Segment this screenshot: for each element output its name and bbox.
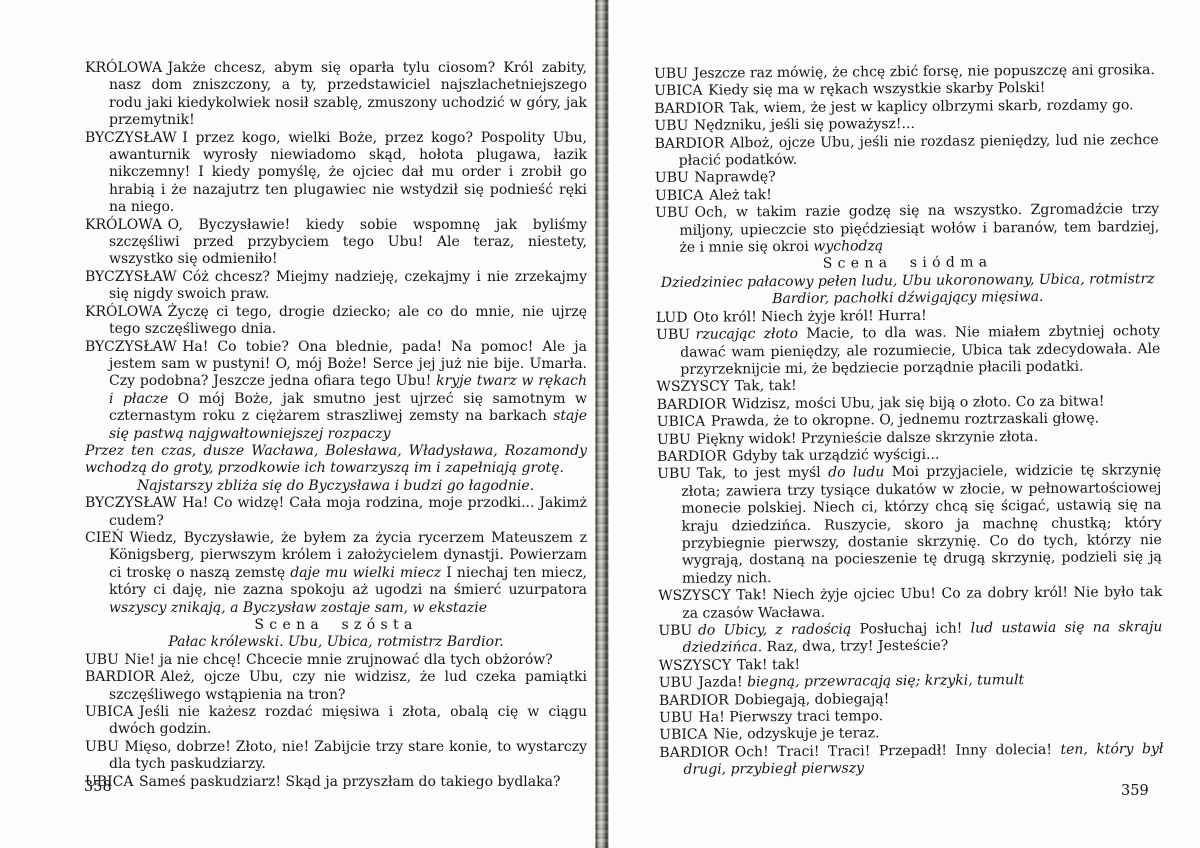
- dialogue-line: UBUMięso, dobrze! Złoto, nie! Zabijcie t…: [85, 739, 587, 774]
- dialogue-text: Ależ tak!: [709, 187, 772, 203]
- speaker-name: UBU: [657, 466, 691, 482]
- dialogue-text: Piękny widok! Przynieście dalsze skrzyni…: [696, 429, 1038, 448]
- speaker-name: LUD: [656, 309, 688, 325]
- speaker-name: BARDIOR: [655, 135, 725, 152]
- stage-direction-inline: wychodzą: [813, 238, 883, 255]
- speaker-name: BARDIOR: [659, 744, 729, 761]
- speaker-name: BYCZYSŁAW: [85, 269, 177, 285]
- dialogue-line: BYCZYSŁAWCóż chcesz? Miejmy nadzieję, cz…: [85, 269, 587, 304]
- page-number-right: 359: [1121, 783, 1149, 799]
- dialogue-line: BARDIORAlboż, ojcze Ubu, jeśli nie rozda…: [655, 132, 1159, 171]
- dialogue-line: KRÓLOWAO, Byczysławie! kiedy sobie wspom…: [85, 217, 587, 269]
- speaker-name: KRÓLOWA: [85, 304, 162, 320]
- speaker-name: BYCZYSŁAW: [85, 495, 177, 511]
- speaker-name: WSZYSCY: [659, 657, 732, 674]
- dialogue-line: UBUNie! ja nie chcę! Chcecie mnie zrujno…: [85, 652, 587, 669]
- dialogue-text: Sameś paskudziarz! Skąd ja przyszłam do …: [139, 774, 560, 790]
- dialogue-text: O mój Boże, jak smutno jest ujrzeć się s…: [109, 391, 587, 424]
- dialogue-line: UBUOch, w takim razie godzę się na wszys…: [655, 201, 1159, 257]
- dialogue-line: BARDIORAleż, ojcze Ubu, czy nie widzisz,…: [85, 669, 587, 704]
- dialogue-line: KRÓLOWAŻyczę ci tego, drogie dziecko; al…: [85, 304, 587, 339]
- speaker-name: UBU: [655, 205, 689, 221]
- dialogue-text: Prawda, że to okropne. O, jednemu roztrz…: [711, 411, 1099, 430]
- dialogue-text: Jeśli nie każesz rozdać mięsiwa i złota,…: [109, 704, 587, 737]
- speaker-name: UBICA: [654, 83, 703, 99]
- dialogue-text: Życzę ci tego, drogie dziecko; ale co do…: [109, 304, 587, 337]
- dialogue-text: Widzisz, mości Ubu, jak się biją o złoto…: [732, 393, 1105, 412]
- speaker-name: WSZYSCY: [658, 588, 731, 605]
- dialogue-line: BYCZYSŁAWHa! Co widzę! Cała moja rodzina…: [85, 495, 587, 530]
- dialogue-text: Och, w takim razie godzę się na wszystko…: [679, 201, 1159, 256]
- dialogue-line: BYCZYSŁAWHa! Co tobie? Ona blednie, pada…: [85, 339, 587, 443]
- dialogue-line: BYCZYSŁAWI przez kogo, wielki Boże, prze…: [85, 130, 587, 217]
- speaker-name: UBICA: [657, 414, 706, 430]
- speaker-name: UBICA: [655, 187, 704, 203]
- speaker-name: BYCZYSŁAW: [85, 339, 177, 355]
- dialogue-line: WSZYSCYTak! Niech żyje ojciec Ubu! Co za…: [658, 584, 1162, 623]
- speaker-name: UBU: [85, 652, 119, 668]
- dialogue-text: Ha! Co widzę! Cała moja rodzina, moje pr…: [109, 495, 587, 528]
- dialogue-line: UBUTak, to jest myśl do ludu Moi przyjac…: [657, 462, 1162, 588]
- speaker-name: UBU: [654, 66, 688, 82]
- dialogue-text: O, Byczysławie! kiedy sobie wspomnę jak …: [109, 217, 587, 268]
- dialogue-text: Mięso, dobrze! Złoto, nie! Zabijcie trzy…: [109, 739, 587, 772]
- dialogue-text: Tak! tak!: [737, 657, 800, 673]
- dialogue-text: Tak, tak!: [735, 378, 797, 394]
- dialogue-text: Tak, to jest myśl: [697, 465, 829, 482]
- speaker-name: UBU: [85, 739, 119, 755]
- speaker-name: UBU: [657, 431, 691, 447]
- stage-direction-inline: Przez ten czas, dusze Wacława, Bolesława…: [85, 443, 587, 476]
- speaker-name: UBU: [654, 118, 688, 134]
- book-spread-scan: { "document": { "kind": "scanned-book-sp…: [0, 0, 1200, 848]
- stage-direction-inline: rzucając złoto: [696, 326, 799, 343]
- dialogue-text: Nie, odzyskuje je teraz.: [713, 726, 879, 743]
- speaker-name: UBU: [655, 170, 689, 186]
- scene-heading: Scena szósta: [85, 617, 587, 634]
- left-page: KRÓLOWAJakże chcesz, abym się oparła tyl…: [85, 60, 587, 791]
- dialogue-line: UBICASameś paskudziarz! Skąd ja przyszła…: [85, 774, 587, 791]
- speaker-name: BARDIOR: [654, 100, 724, 117]
- dialogue-text: Raz, dwa, trzy! Jesteście?: [762, 638, 948, 655]
- right-page: UBUJeszcze raz mówię, że chcę zbić forsę…: [654, 62, 1164, 780]
- dialogue-text: Och! Traci! Traci! Przepadł! Inny doleci…: [735, 742, 1061, 761]
- stage-direction-inline: do Ubicy, z radością: [698, 621, 852, 638]
- speaker-name: UBU: [659, 675, 693, 691]
- dialogue-text: I przez kogo, wielki Boże, przez kogo? P…: [109, 130, 587, 216]
- dialogue-text: Ależ, ojcze Ubu, czy nie widzisz, że lud…: [109, 669, 587, 702]
- dialogue-text: Alboż, ojcze Ubu, jeśli nie rozdasz pien…: [679, 132, 1159, 169]
- dialogue-line: UBICAJeśli nie każesz rozdać mięsiwa i z…: [85, 704, 587, 739]
- speaker-name: KRÓLOWA: [85, 60, 162, 76]
- stage-direction-inline: biegną, przewracają się; krzyki, tumult: [747, 672, 1024, 690]
- speaker-name: BARDIOR: [657, 396, 727, 413]
- dialogue-text: Jakże chcesz, abym się oparła tylu cioso…: [109, 60, 587, 128]
- dialogue-text: Nie! ja nie chcę! Chcecie mnie zrujnować…: [124, 652, 552, 668]
- dialogue-text: Jazda!: [698, 675, 747, 691]
- dialogue-text: Jeszcze raz mówię, że chcę zbić forsę, n…: [693, 62, 1155, 82]
- book-gutter-shadow: [595, 0, 609, 848]
- dialogue-text: Oto król! Niech żyje król! Hurra!: [693, 308, 927, 326]
- scene-setting: Pałac królewski. Ubu, Ubica, rotmistrz B…: [85, 634, 587, 651]
- dialogue-line: BARDIOROch! Traci! Traci! Przepadł! Inny…: [659, 741, 1163, 780]
- speaker-name: UBICA: [85, 704, 133, 720]
- dialogue-text: Gdyby tak urządzić wyścigi...: [732, 447, 939, 465]
- dialogue-line: UBUdo Ubicy, z radością Posłuchaj ich! l…: [658, 619, 1162, 658]
- dialogue-text: Tak, wiem, że jest w kaplicy olbrzymi sk…: [730, 97, 1134, 116]
- stage-direction: Przez ten czas, dusze Wacława, Bolesława…: [85, 443, 587, 478]
- speaker-name: KRÓLOWA: [85, 217, 162, 233]
- speaker-name: BARDIOR: [659, 692, 729, 709]
- dialogue-text: Posłuchaj ich!: [851, 621, 970, 638]
- speaker-name: BARDIOR: [657, 448, 727, 465]
- stage-direction-inline: do ludu: [828, 465, 884, 481]
- speaker-name: WSZYSCY: [656, 379, 729, 396]
- stage-direction-inline: wszyscy znikają, a Byczysław zostaje sam…: [109, 600, 487, 616]
- dialogue-text: Kiedy się ma w rękach wszystkie skarby P…: [708, 80, 1045, 99]
- dialogue-text: Naprawdę?: [694, 169, 775, 186]
- speaker-name: BARDIOR: [85, 669, 155, 685]
- speaker-name: CIEŃ: [85, 530, 124, 546]
- dialogue-line: UBUrzucając złoto Macie, to dla was. Nie…: [656, 323, 1160, 379]
- dialogue-text: Tak! Niech żyje ojciec Ubu! Co za dobry …: [682, 584, 1162, 621]
- stage-direction-inline: Najstarszy zbliża się do Byczysława i bu…: [137, 478, 534, 494]
- dialogue-text: Cóż chcesz? Miejmy nadzieję, czekajmy i …: [109, 269, 587, 302]
- dialogue-text: Dobiegają, dobiegają!: [734, 691, 889, 708]
- stage-direction: Najstarszy zbliża się do Byczysława i bu…: [85, 478, 587, 495]
- dialogue-text: Ha! Pierwszy traci tempo.: [699, 708, 884, 725]
- scene-setting: Dziedziniec pałacowy pełen ludu, Ubu uko…: [656, 271, 1160, 310]
- speaker-name: UBU: [659, 710, 693, 726]
- stage-direction-inline: daje mu wielki miecz: [290, 565, 441, 581]
- speaker-name: BYCZYSŁAW: [85, 130, 177, 146]
- dialogue-line: CIEŃWiedz, Byczysławie, że byłem za życi…: [85, 530, 587, 617]
- speaker-name: UBU: [656, 327, 690, 343]
- speaker-name: UBU: [658, 623, 692, 639]
- speaker-name: UBICA: [659, 727, 708, 743]
- dialogue-text: Nędzniku, jeśli się poważysz!...: [694, 116, 915, 134]
- dialogue-line: KRÓLOWAJakże chcesz, abym się oparła tyl…: [85, 60, 587, 130]
- page-number-left: 358: [84, 779, 112, 795]
